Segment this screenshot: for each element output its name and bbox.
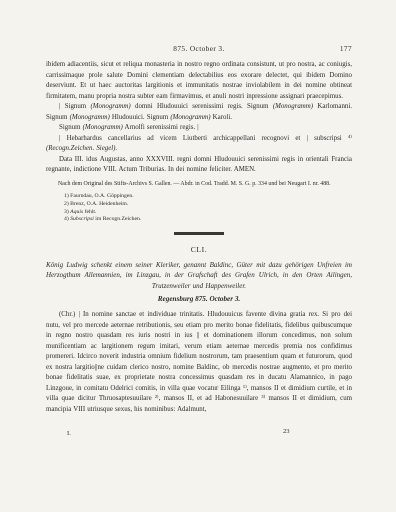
charter-cli-body: (Chr.) | In nomine sanctae et individuae… (46, 310, 352, 415)
text-block: 875. October 3. 177 ibidem adiacentiis, … (46, 44, 352, 415)
footnote-list: 1) Faurndau, O.A. Göppingen. 2) Brenz, O… (46, 193, 352, 224)
section-divider-rule (174, 232, 224, 235)
charter-cl-closing-paragraph: ibidem adiacentiis, sicut et reliqua mon… (46, 60, 352, 102)
book-page: 875. October 3. 177 ibidem adiacentiis, … (0, 0, 396, 512)
date-heading: 875. October 3. (173, 44, 224, 53)
sheet-number: 23 (283, 428, 290, 435)
page-number: 177 (340, 44, 352, 53)
source-note: Nach dem Original des Stifts-Archivs S. … (46, 181, 352, 189)
charter-cli-regest: König Ludwig schenkt einem seiner Klerik… (46, 260, 352, 291)
running-head: 875. October 3. 177 (46, 44, 352, 53)
volume-signature-mark: I. (67, 430, 71, 437)
charter-cl-datum-paragraph: Data III. idus Augustas, anno XXXVIII. r… (46, 155, 352, 176)
footnote-4: 4) Subscripsi im Recogn.Zeichen. (64, 216, 352, 224)
charter-number-heading: CLI. (46, 245, 352, 254)
footnote-2: 2) Brenz, O.A. Heidenheim. (64, 201, 352, 209)
charter-cl-signum-arnolf-line: Signum (Monogramm) Arnolfi serenissimi r… (46, 123, 352, 134)
charter-cl-recognition-paragraph: | Hebarhardus cancellarius ad vicem Liut… (46, 134, 352, 155)
charter-cli-dateline: Regensburg 875. October 3. (46, 295, 352, 303)
footnote-1: 1) Faurndau, O.A. Göppingen. (64, 193, 352, 201)
charter-cl-signum-paragraph: | Signum (Monogramm) domni Hludouuici se… (46, 102, 352, 123)
